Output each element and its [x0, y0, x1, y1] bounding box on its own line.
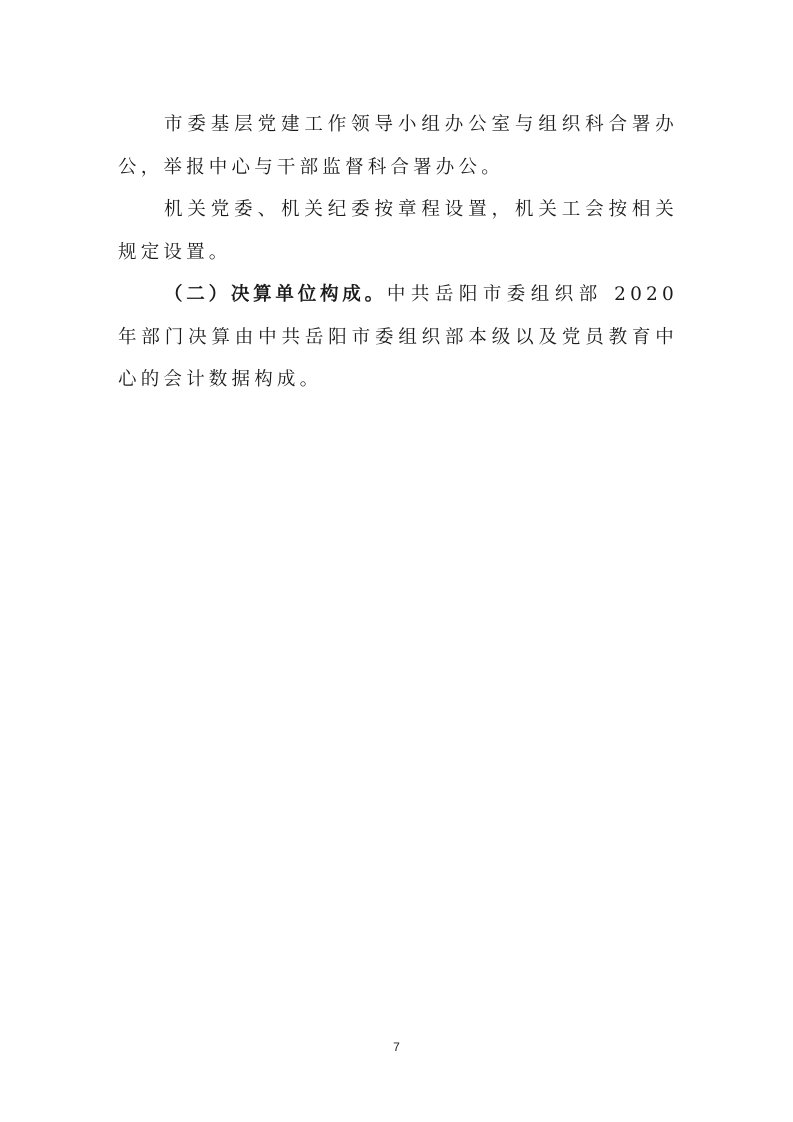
paragraph-text: 机关党委、机关纪委按章程设置，机关工会按相关规定设置。 [118, 199, 678, 263]
document-page: 市委基层党建工作领导小组办公室与组织科合署办公，举报中心与干部监督科合署办公。 … [0, 0, 793, 1122]
section-heading: （二）决算单位构成。 [164, 284, 387, 305]
paragraph-budget-units: （二）决算单位构成。中共岳阳市委组织部 2020 年部门决算由中共岳阳市委组织部… [118, 274, 678, 402]
page-number: 7 [0, 1040, 793, 1054]
paragraph-text: 市委基层党建工作领导小组办公室与组织科合署办公，举报中心与干部监督科合署办公。 [118, 114, 678, 178]
paragraph-party-committee: 机关党委、机关纪委按章程设置，机关工会按相关规定设置。 [118, 189, 678, 274]
document-body: 市委基层党建工作领导小组办公室与组织科合署办公，举报中心与干部监督科合署办公。 … [118, 104, 678, 402]
paragraph-office-merger: 市委基层党建工作领导小组办公室与组织科合署办公，举报中心与干部监督科合署办公。 [118, 104, 678, 189]
